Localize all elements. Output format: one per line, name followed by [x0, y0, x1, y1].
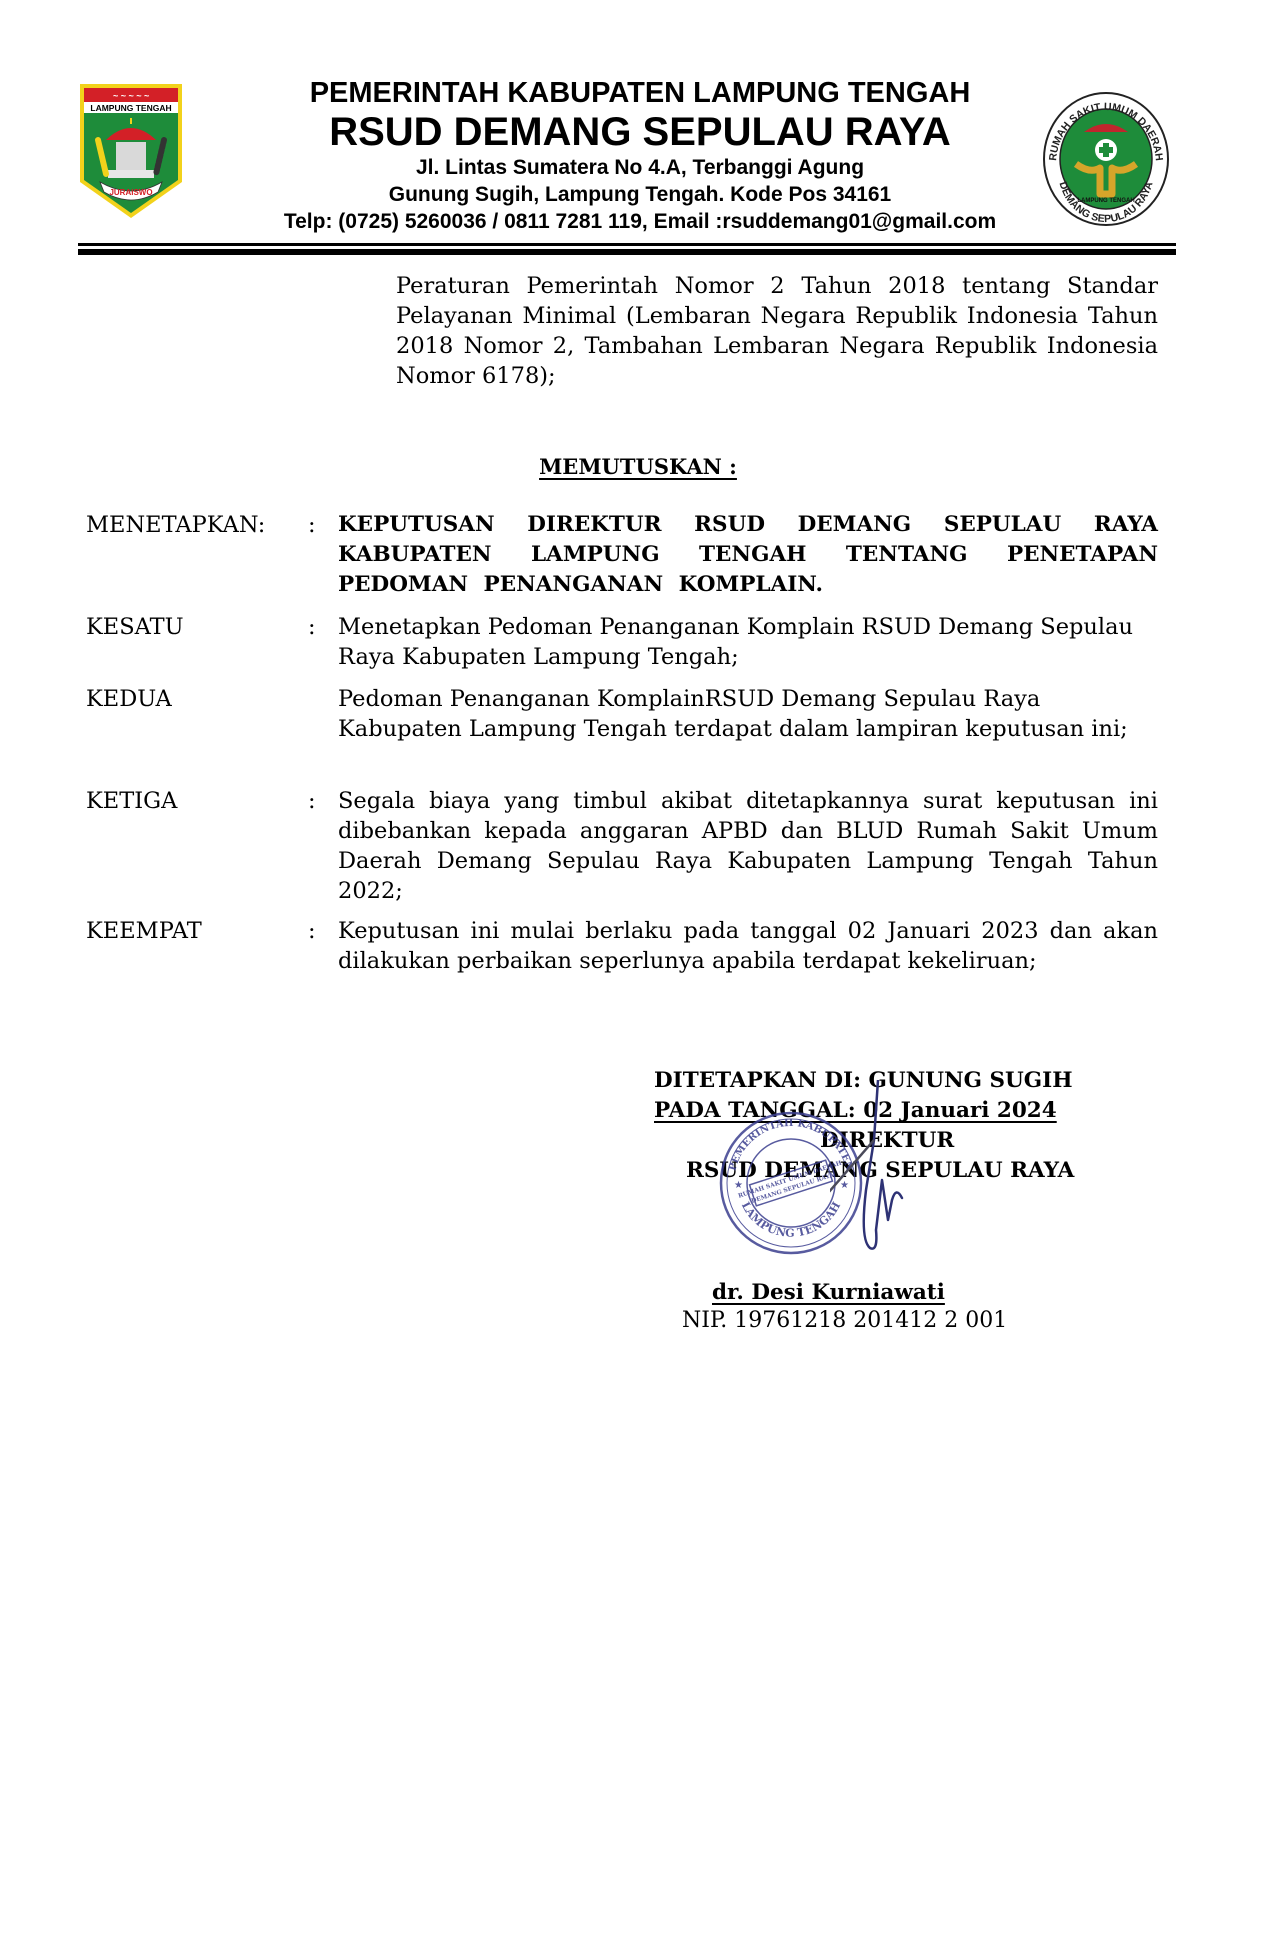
clause-label: KESATU — [86, 612, 306, 642]
clause-text: KEPUTUSAN DIREKTUR RSUD DEMANG SEPULAU R… — [338, 510, 1158, 600]
decision-heading-text: MEMUTUSKAN : — [539, 454, 737, 479]
svg-text:LAMPUNG TENGAH: LAMPUNG TENGAH — [1077, 198, 1134, 204]
clause-text: Keputusan ini mulai berlaku pada tanggal… — [338, 916, 1158, 976]
clause-colon: : — [308, 612, 328, 642]
svg-text:LAMPUNG TENGAH: LAMPUNG TENGAH — [739, 1200, 843, 1240]
letterhead-divider-thin — [78, 243, 1176, 246]
lampung-tengah-crest-icon: LAMPUNG TENGAH ~ ~ ~ ~ ~ JURAISWO — [78, 82, 184, 220]
clause-text: Segala biaya yang timbul akibat ditetapk… — [338, 786, 1158, 906]
address-line-2: Gunung Sugih, Lampung Tengah. Kode Pos 3… — [240, 181, 1040, 208]
clause-label: MENETAPKAN: — [86, 510, 306, 540]
svg-text:~ ~ ~ ~ ~: ~ ~ ~ ~ ~ — [113, 91, 150, 101]
address-line-1: Jl. Lintas Sumatera No 4.A, Terbanggi Ag… — [240, 154, 1040, 181]
signatory-name-text: dr. Desi Kurniawati — [712, 1280, 945, 1305]
clause-colon: : — [308, 510, 328, 540]
clause-text: Pedoman Penanganan KomplainRSUD Demang S… — [338, 684, 1158, 744]
government-name: PEMERINTAH KABUPATEN LAMPUNG TENGAH — [240, 76, 1040, 110]
contact-line: Telp: (0725) 5260036 / 0811 7281 119, Em… — [240, 208, 1040, 235]
hospital-name: RSUD DEMANG SEPULAU RAYA — [240, 110, 1040, 154]
letterhead-divider-thick — [78, 249, 1176, 255]
letterhead: PEMERINTAH KABUPATEN LAMPUNG TENGAH RSUD… — [240, 76, 1040, 235]
clause-text: Menetapkan Pedoman Penanganan Komplain R… — [338, 612, 1158, 672]
svg-text:LAMPUNG TENGAH: LAMPUNG TENGAH — [90, 103, 171, 113]
clause-label: KEDUA — [86, 684, 306, 714]
preamble-paragraph: Peraturan Pemerintah Nomor 2 Tahun 2018 … — [396, 271, 1158, 391]
signatory-nip: NIP. 19761218 201412 2 001 — [682, 1306, 1007, 1336]
signatory-name: dr. Desi Kurniawati — [712, 1278, 945, 1308]
svg-text:JURAISWO: JURAISWO — [109, 188, 152, 197]
clause-label: KETIGA — [86, 786, 306, 816]
svg-text:★: ★ — [734, 1180, 743, 1191]
clause-colon: : — [308, 786, 328, 816]
document-page: LAMPUNG TENGAH ~ ~ ~ ~ ~ JURAISWO PEMERI… — [0, 0, 1276, 1949]
handwritten-signature-icon — [830, 1080, 940, 1260]
decision-heading: MEMUTUSKAN : — [0, 454, 1276, 479]
clause-label: KEEMPAT — [86, 916, 306, 946]
clause-colon: : — [308, 916, 328, 946]
rsud-hospital-seal-icon: RUMAH SAKIT UMUM DAERAH DEMANG SEPULAU R… — [1040, 90, 1172, 228]
